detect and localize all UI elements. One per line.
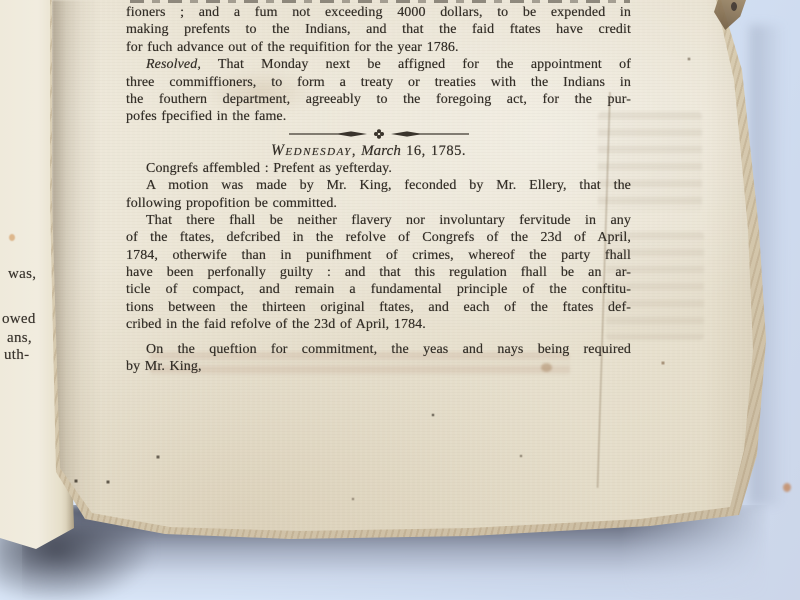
book-page: fioners ; and a fum not exceeding 4000 d… <box>0 0 800 600</box>
text-segment: 1784, otherwife than in punifhment of cr… <box>126 248 631 263</box>
text-segment: have been perfonally guilty : and that t… <box>126 265 631 280</box>
dust-specks <box>0 0 2 2</box>
text-line: On the queftion for commitment, the yeas… <box>126 341 631 358</box>
text-line: ticle of compact, and remain a fundament… <box>126 281 631 298</box>
journal-entry-continuation: fioners ; and a fum not exceeding 4000 d… <box>126 4 631 126</box>
heading-month: March <box>361 143 401 159</box>
text-segment: A motion was made by Mr. King, feconded … <box>146 178 631 193</box>
text-line: fioners ; and a fum not exceeding 4000 d… <box>126 4 631 21</box>
text-segment: fioners ; and a fum not exceeding 4000 d… <box>126 5 631 20</box>
text-line: by Mr. King, <box>126 358 631 375</box>
journal-entry-body: Congrefs affembled : Prefent as yefterda… <box>126 160 631 376</box>
text-segment: making prefents to the Indians, and that… <box>126 22 631 37</box>
stain-spot <box>783 483 791 492</box>
text-segment: the fouthern department, agreeably to th… <box>126 92 631 107</box>
text-segment: by Mr. King, <box>126 359 202 374</box>
text-segment: Resolved, <box>146 57 201 72</box>
paragraph: A motion was made by Mr. King, feconded … <box>126 177 631 212</box>
paragraph: Congrefs affembled : Prefent as yefterda… <box>126 160 631 177</box>
text-line: for fuch advance out of the requifition … <box>126 39 631 56</box>
photo-scene: was,owedans,uth- fioners ; and a fum not… <box>0 0 800 600</box>
text-line: the fouthern department, agreeably to th… <box>126 91 631 108</box>
text-line: tions between the thirteen original ftat… <box>126 299 631 316</box>
date-heading: Wednesday, March 16, 1785. <box>116 142 621 160</box>
text-segment: of the ftates, defcribed in the refolve … <box>126 230 631 245</box>
stain-spot <box>9 234 15 241</box>
text-segment: On the queftion for commitment, the yeas… <box>146 342 631 357</box>
facing-page-fragment: ans, <box>7 330 32 347</box>
text-line: A motion was made by Mr. King, feconded … <box>126 177 631 194</box>
text-line: Resolved, That Monday next be affigned f… <box>126 56 631 73</box>
text-line: cribed in the faid refolve of the 23d of… <box>126 316 631 333</box>
text-segment: That Monday next be affigned for the app… <box>201 57 631 72</box>
text-segment: three commiffioners, to form a treaty or… <box>126 75 631 90</box>
facing-page-fragment: owed <box>2 311 36 328</box>
text-line: 1784, otherwife than in punifhment of cr… <box>126 247 631 264</box>
text-line: pofes fpecified in the fame. <box>126 108 631 125</box>
facing-page-fragment: was, <box>8 266 36 283</box>
page-text: fioners ; and a fum not exceeding 4000 d… <box>126 4 631 375</box>
text-segment: following propofition be committed. <box>126 196 337 211</box>
paragraph: That there fhall be neither flavery nor … <box>126 212 631 334</box>
text-line: three commiffioners, to form a treaty or… <box>126 74 631 91</box>
section-divider <box>289 128 469 140</box>
text-segment: tions between the thirteen original ftat… <box>126 300 631 315</box>
paragraph: On the queftion for commitment, the yeas… <box>126 341 631 376</box>
paragraph: fioners ; and a fum not exceeding 4000 d… <box>126 4 631 56</box>
heading-day: Wednesday <box>271 142 352 159</box>
text-line: of the ftates, defcribed in the refolve … <box>126 229 631 246</box>
paragraph: Resolved, That Monday next be affigned f… <box>126 56 631 126</box>
text-segment: ticle of compact, and remain a fundament… <box>126 282 631 297</box>
text-line: Congrefs affembled : Prefent as yefterda… <box>126 160 631 177</box>
text-line: That there fhall be neither flavery nor … <box>126 212 631 229</box>
facing-page-fragment: uth- <box>4 347 29 364</box>
text-segment: for fuch advance out of the requifition … <box>126 40 459 55</box>
text-line: following propofition be committed. <box>126 195 631 212</box>
text-segment: cribed in the faid refolve of the 23d of… <box>126 317 426 332</box>
clipped-top-line <box>130 0 630 3</box>
heading-date: 16, 1785. <box>401 143 466 159</box>
heading-separator: , <box>352 143 361 159</box>
text-line: have been perfonally guilty : and that t… <box>126 264 631 281</box>
fleuron-icon <box>289 128 469 140</box>
text-segment: pofes fpecified in the fame. <box>126 109 286 124</box>
text-segment: That there fhall be neither flavery nor … <box>146 213 631 228</box>
text-line: making prefents to the Indians, and that… <box>126 21 631 38</box>
text-segment: Congrefs affembled : Prefent as yefterda… <box>146 161 392 176</box>
